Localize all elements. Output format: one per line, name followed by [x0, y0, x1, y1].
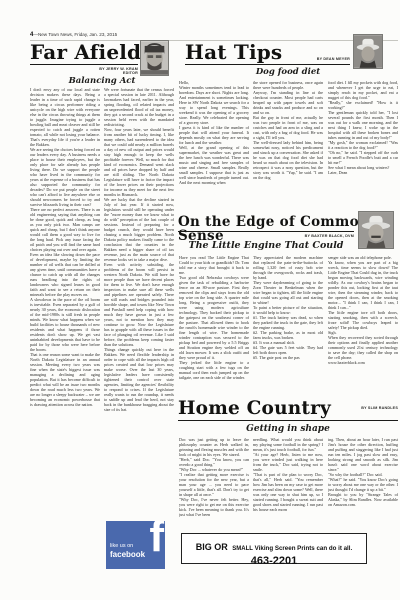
far-afield-rule [30, 64, 138, 65]
far-afield-title: Far Afield [30, 42, 141, 62]
viking-ad: BIG OR SMALL Viking Screen Prints can do… [181, 533, 367, 564]
common-sense-byline: BY BAXTER BLACK, DVM [238, 234, 354, 238]
viking-ad-small-text: SMALL [232, 546, 253, 552]
hat-tips-byline: BY DEAN MEYER [250, 57, 350, 61]
facebook-f-icon: f [149, 521, 164, 559]
hat-tips-column-1: Hello, Winter months sometimes tend to l… [179, 80, 249, 211]
common-sense-column-2: They appreciated the modern machine that… [253, 255, 323, 396]
home-country-subhead: Getting in shape [178, 424, 398, 434]
hat-tips-rule [185, 64, 350, 65]
page-folio: 4—New Town News, Friday, Jan. 23, 2015 [30, 32, 117, 38]
folio-text: —New Town News, Friday, Jan. 23, 2015 [33, 32, 117, 37]
viking-ad-headline: BIG OR SMALL Viking Screen Prints can do… [182, 537, 366, 555]
common-sense-rule [178, 231, 354, 232]
far-afield-column-2: We were fortunate that the census forced… [104, 87, 174, 516]
dean-meyer-photo [353, 34, 383, 69]
facebook-ad-line1: like us on [110, 543, 133, 549]
common-sense-column-1: Have you read The Little Engine That Cou… [179, 255, 249, 396]
home-country-column-1: Doc was just getting up to leave the phi… [179, 437, 249, 529]
hat-tips-column-3: food diet. I fill my pockets with dog fo… [328, 80, 398, 211]
viking-ad-rest-text: Viking Screen Prints can do it all. [253, 545, 352, 552]
facebook-ad-line2: facebook [110, 550, 145, 559]
viking-ad-phone: 463-2201 [182, 555, 366, 567]
baxter-black-photo [358, 211, 394, 249]
home-country-rule [178, 420, 398, 421]
jerry-kram-photo [140, 40, 169, 76]
hat-tips-column-2: the store opened for business, once agai… [253, 80, 323, 211]
far-afield-subhead: Balancing Act [30, 76, 174, 86]
viking-ad-big-text: BIG OR [196, 542, 228, 552]
common-sense-column-3: senger side was an old telephone pole. Y… [328, 255, 398, 396]
far-afield-column-1: I don't envy any of our local and state … [30, 87, 100, 561]
far-afield-byline-role: EDITOR [38, 71, 138, 75]
common-sense-subhead: The Little Engine That Could [178, 240, 354, 251]
far-afield-byline: BY JERRY W. KRAM EDITOR [38, 67, 138, 76]
hat-tips-subhead: Dog food diet [178, 67, 398, 77]
facebook-ad: f like us on facebook [106, 521, 165, 569]
newspaper-page: 4—New Town News, Friday, Jan. 23, 2015 F… [0, 0, 400, 600]
home-country-column-3: ing. Then, about an hour later, I run pa… [328, 437, 398, 529]
home-country-column-2: needling. What would you think about my … [253, 437, 323, 529]
home-country-byline: BY SLIM RANDLES [298, 406, 398, 410]
